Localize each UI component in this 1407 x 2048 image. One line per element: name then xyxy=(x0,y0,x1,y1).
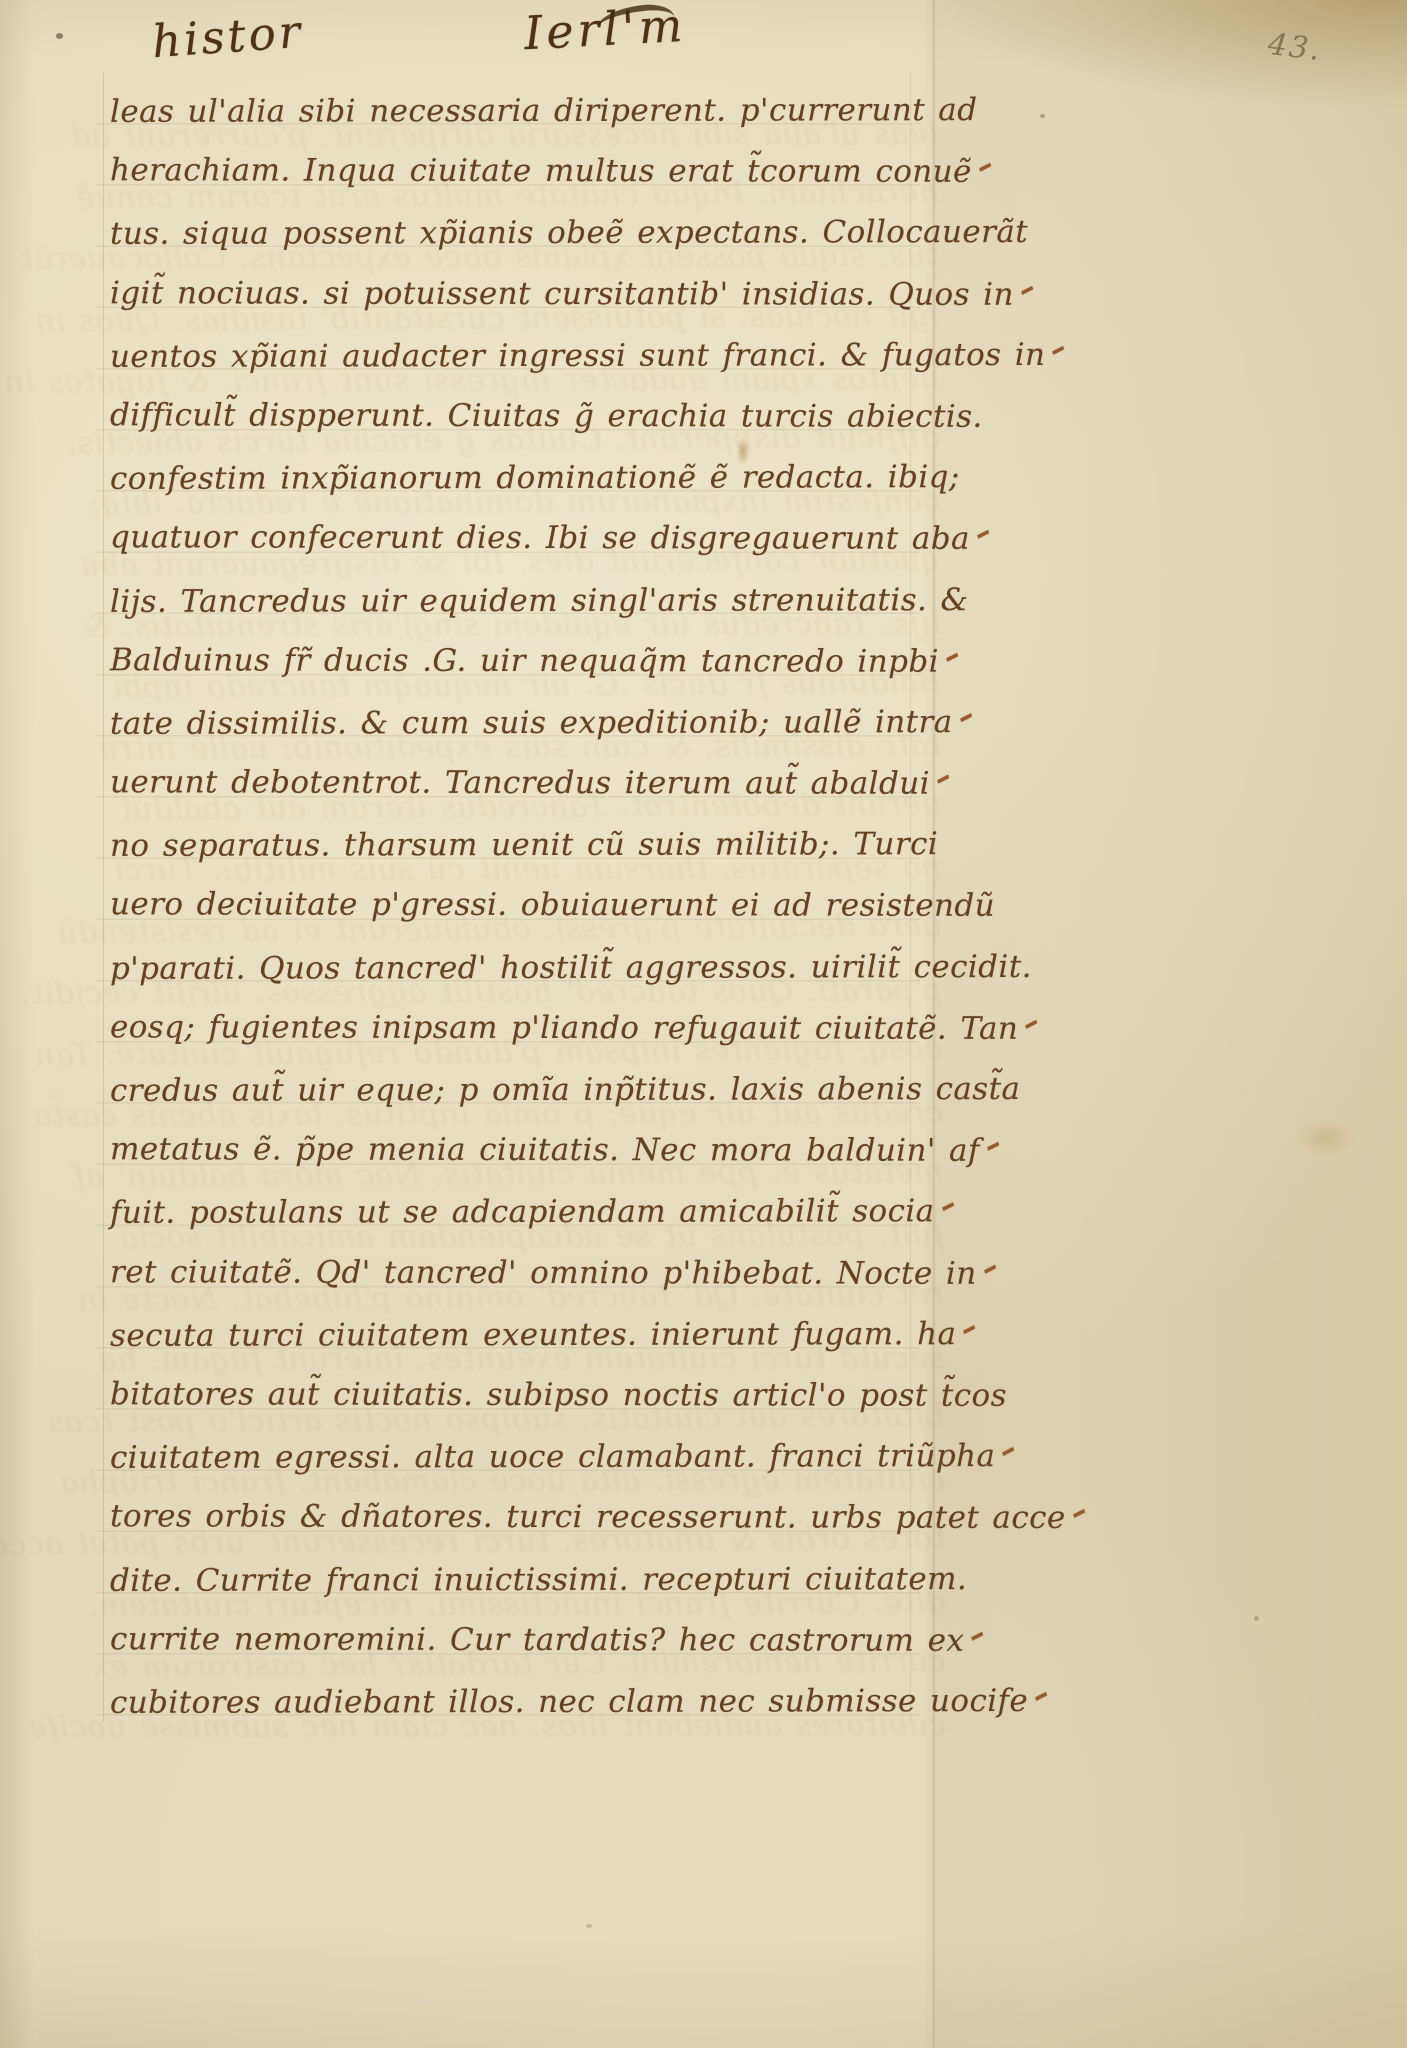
text-line: cubitores audiebant illos. nec clam nec … xyxy=(110,1671,960,1734)
text-line: eosq; fugientes inipsam p'liando refugau… xyxy=(110,997,960,1060)
text-line-content: leas ul'alia sibi necessaria diriperent.… xyxy=(110,92,977,130)
text-line-content: bitatores aut̃ ciuitatis. subipso noctis… xyxy=(110,1376,1007,1414)
text-line: ciuitatem egressi. alta uoce clamabant. … xyxy=(110,1426,960,1489)
text-line: igit̃ nociuas. si potuissent cursitantib… xyxy=(110,263,960,326)
text-line-content: credus aut̃ uir eque; p omĩa inp̃titus. … xyxy=(110,1071,1020,1109)
text-line-content: difficult̃ dispperunt. Ciuitas g̃ erachi… xyxy=(110,397,983,435)
text-line: uentos xp̃iani audacter ingressi sunt fr… xyxy=(110,325,960,388)
text-line: ret ciuitatẽ. Qd' tancred' omnino p'hibe… xyxy=(110,1242,960,1305)
text-line-content: ciuitatem egressi. alta uoce clamabant. … xyxy=(110,1438,995,1476)
ink-speck xyxy=(586,1924,592,1928)
text-line: metatus ẽ. p̃pe menia ciuitatis. Nec mor… xyxy=(110,1119,960,1182)
manuscript-text-block: leas ul'alia sibi necessaria diriperent.… xyxy=(110,80,960,1732)
text-line: lijs. Tancredus uir equidem singl'aris s… xyxy=(110,570,960,633)
text-line-content: herachiam. Inqua ciuitate multus erat t̃… xyxy=(110,152,972,190)
text-line: no separatus. tharsum uenit cũ suis mili… xyxy=(110,814,960,877)
text-line-content: lijs. Tancredus uir equidem singl'aris s… xyxy=(110,582,969,620)
text-line-content: metatus ẽ. p̃pe menia ciuitatis. Nec mor… xyxy=(110,1131,980,1169)
text-line-content: fuit. postulans ut se adcapiendam amicab… xyxy=(110,1194,935,1232)
text-line: uerunt debotentrot. Tancredus iterum aut… xyxy=(110,752,960,815)
text-line: bitatores aut̃ ciuitatis. subipso noctis… xyxy=(110,1364,960,1427)
text-line: quatuor confecerunt dies. Ibi se disgreg… xyxy=(110,508,960,571)
text-line-content: dite. Currite franci inuictissimi. recep… xyxy=(110,1561,967,1599)
text-line-content: no separatus. tharsum uenit cũ suis mili… xyxy=(110,826,938,864)
ink-speck xyxy=(56,33,63,39)
text-line-content: igit̃ nociuas. si potuissent cursitantib… xyxy=(110,275,1014,313)
text-line-content: tus. siqua possent xp̃ianis obeẽ expecta… xyxy=(110,214,1028,252)
text-line-content: uero deciuitate p'gressi. obuiauerunt ei… xyxy=(110,887,995,925)
text-line: tate dissimilis. & cum suis expeditionib… xyxy=(110,692,960,755)
text-line: secuta turci ciuitatem exeuntes. inierun… xyxy=(110,1304,960,1367)
text-line-content: cubitores audiebant illos. nec clam nec … xyxy=(110,1683,1028,1721)
text-line-content: ret ciuitatẽ. Qd' tancred' omnino p'hibe… xyxy=(110,1254,977,1292)
text-line-content: currite nemoremini. Cur tardatis? hec ca… xyxy=(110,1621,964,1658)
text-line: currite nemoremini. Cur tardatis? hec ca… xyxy=(110,1609,960,1672)
text-line-content: eosq; fugientes inipsam p'liando refugau… xyxy=(110,1009,1018,1047)
text-line-content: uentos xp̃iani audacter ingressi sunt fr… xyxy=(110,337,1045,375)
parchment-stain xyxy=(736,436,750,466)
text-line: leas ul'alia sibi necessaria diriperent.… xyxy=(110,80,960,143)
text-line-content: p'parati. Quos tancred' hostilit̃ aggres… xyxy=(110,949,1032,987)
text-line-content: tores orbis & dñatores. turci recesserun… xyxy=(110,1499,1066,1537)
text-line: fuit. postulans ut se adcapiendam amicab… xyxy=(110,1181,960,1244)
text-line: difficult̃ dispperunt. Ciuitas g̃ erachi… xyxy=(110,385,960,448)
text-line-content: Balduinus fr̃ ducis .G. uir nequaq̃m tan… xyxy=(110,642,939,679)
folio-number: 43. xyxy=(1266,27,1324,68)
text-line-content: quatuor confecerunt dies. Ibi se disgreg… xyxy=(110,520,970,558)
text-line: dite. Currite franci inuictissimi. recep… xyxy=(110,1549,960,1612)
text-line: tores orbis & dñatores. turci recesserun… xyxy=(110,1487,960,1550)
text-line: tus. siqua possent xp̃ianis obeẽ expecta… xyxy=(110,202,960,265)
text-line: p'parati. Quos tancred' hostilit̃ aggres… xyxy=(110,937,960,1000)
text-line: Balduinus fr̃ ducis .G. uir nequaq̃m tan… xyxy=(110,630,960,693)
text-line-content: confestim inxp̃ianorum dominationẽ ẽ red… xyxy=(110,459,960,497)
ink-speck xyxy=(1040,114,1045,118)
text-line-content: secuta turci ciuitatem exeuntes. inierun… xyxy=(110,1316,956,1354)
parchment-page: leas ul'alia sibi necessaria diriperent.… xyxy=(0,0,1407,2048)
ink-speck xyxy=(1254,1616,1259,1621)
text-line-content: uerunt debotentrot. Tancredus iterum aut… xyxy=(110,764,930,801)
running-header-left: histor xyxy=(150,5,304,68)
text-line: herachiam. Inqua ciuitate multus erat t̃… xyxy=(110,140,960,203)
parchment-stain xyxy=(1296,1118,1356,1158)
text-line: credus aut̃ uir eque; p omĩa inp̃titus. … xyxy=(110,1059,960,1122)
text-line: uero deciuitate p'gressi. obuiauerunt ei… xyxy=(110,875,960,938)
text-line-content: tate dissimilis. & cum suis expeditionib… xyxy=(110,704,953,742)
text-line: confestim inxp̃ianorum dominationẽ ẽ red… xyxy=(110,447,960,510)
